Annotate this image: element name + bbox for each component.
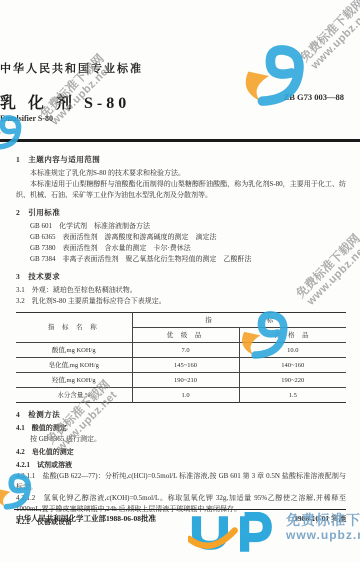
- reference-gb601: GB 601 化学试剂 标准溶液制备方法: [16, 221, 346, 232]
- table-row-saponification-value: 皂化值,mg KOH/g 145~160 140~160: [16, 358, 346, 373]
- table-header-indicator-group: 指 标: [132, 313, 346, 328]
- reference-gb6365: GB 6365 表面活性剂 游离酸度和游离碱度的测定 滴定法: [16, 232, 346, 243]
- footer: 中华人民共和国化学工业部1988-06-08批准 1988-10-01 实施: [16, 513, 346, 524]
- qualified-value: 10.0: [239, 343, 346, 358]
- row-label: 羟值,mg KOH/g: [16, 373, 132, 388]
- section1-paragraph1: 本标准规定了乳化剂S-80 的技术要求和检验方法。: [16, 168, 346, 179]
- clause-4-1: 4.1 酸值的测定: [16, 423, 346, 434]
- implementation-date: 1988-10-01 实施: [294, 513, 346, 524]
- document-page: 中华人民共和国专业标准 乳 化 剂 S-80 Emulsifier S-80 Z…: [0, 0, 360, 563]
- table-row-hydroxyl-value: 羟值,mg KOH/g 190~210 190~220: [16, 373, 346, 388]
- qualified-value: 1.5: [239, 388, 346, 403]
- footer-divider: [14, 509, 346, 510]
- table-row-moisture-content: 水分含量,% 1.0 1.5: [16, 388, 346, 403]
- clause-3-2: 3.2 乳化剂S-80 主要质量指标应符合下表规定。: [16, 296, 346, 307]
- table-header-indicator-name: 指 标 名 称: [16, 313, 132, 343]
- standard-number: ZB G73 003—88: [284, 92, 344, 102]
- row-label: 皂化值,mg KOH/g: [16, 358, 132, 373]
- clause-4-2-1-2: 4.2.1.2 氢氧化钾乙醇溶液,c(KOH)=0.5mol/L。称取氢氧化钾 …: [16, 493, 346, 515]
- clause-4-2-1-1: 4.2.1.1 盐酸(GB 622—77)：分析纯,c(HCl)=0.5mol/…: [16, 471, 346, 493]
- reference-gb7384: GB 7384 非离子表面活性剂 聚乙氧基化衍生物羟值的测定 乙酸酐法: [16, 254, 346, 265]
- clause-4-2: 4.2 皂化值的测定: [16, 447, 346, 458]
- clause-3-1: 3.1 外观：琥珀色至棕色粘稠油状物。: [16, 285, 346, 296]
- premium-value: 190~210: [132, 373, 239, 388]
- premium-value: 7.0: [132, 343, 239, 358]
- section3-heading: 3 技术要求: [16, 271, 346, 282]
- quality-indicator-table: 指 标 名 称 指 标 优 级 品 合 格 品 酸值,mg KOH/g 7.0 …: [16, 312, 346, 403]
- approval-note: 中华人民共和国化学工业部1988-06-08批准: [16, 513, 156, 524]
- row-label: 酸值,mg KOH/g: [16, 343, 132, 358]
- table-row-acid-value: 酸值,mg KOH/g 7.0 10.0: [16, 343, 346, 358]
- section1-heading: 1 主题内容与适用范围: [16, 154, 346, 165]
- table-header-premium-grade: 优 级 品: [132, 328, 239, 343]
- section4-heading: 4 检测方法: [16, 409, 346, 420]
- site-url-text: www.upbz.net: [286, 528, 360, 542]
- clause-4-2-1: 4.2.1 试剂或溶液: [16, 460, 346, 471]
- section1-paragraph2: 本标准适用于山梨糖醇酐与油酸酯化而制得的山梨糖醇酐油酸酯，称为乳化剂S-80，主…: [16, 179, 346, 201]
- row-label: 水分含量,%: [16, 388, 132, 403]
- table-header-qualified-grade: 合 格 品: [239, 328, 346, 343]
- header-divider: [0, 139, 360, 142]
- premium-value: 1.0: [132, 388, 239, 403]
- qualified-value: 190~220: [239, 373, 346, 388]
- section2-heading: 2 引用标准: [16, 207, 346, 218]
- document-body: 1 主题内容与适用范围 本标准规定了乳化剂S-80 的技术要求和检验方法。 本标…: [16, 148, 346, 528]
- premium-value: 145~160: [132, 358, 239, 373]
- clause-4-1-text: 按 GB 6365 进行测定。: [16, 434, 346, 445]
- document-title-english: Emulsifier S-80: [0, 114, 360, 123]
- reference-gb7380: GB 7380 表面活性剂 含水量的测定 卡尔·费休法: [16, 243, 346, 254]
- standard-type-title: 中华人民共和国专业标准: [0, 60, 360, 76]
- qualified-value: 140~160: [239, 358, 346, 373]
